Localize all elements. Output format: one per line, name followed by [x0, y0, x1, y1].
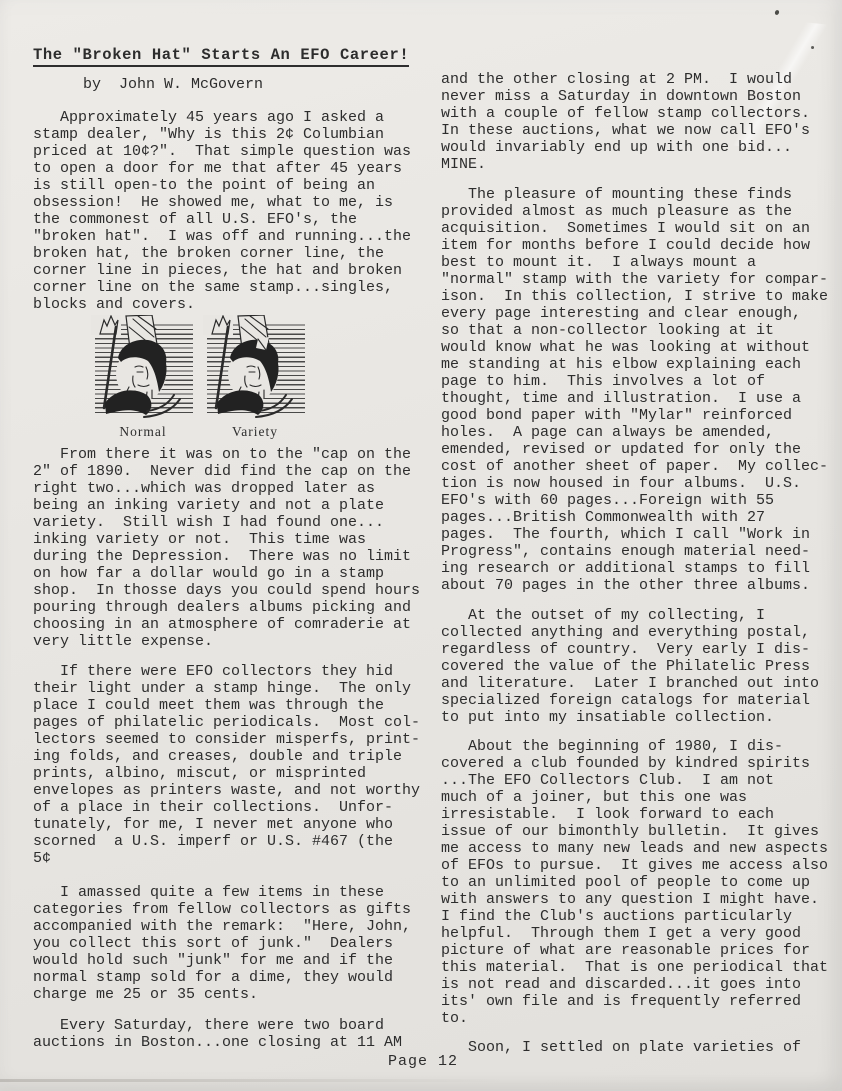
paragraph: If there were EFO collectors they hid th…	[33, 663, 430, 867]
columbus-engraving-normal-icon	[91, 315, 195, 421]
columbus-engraving-variety-icon	[203, 315, 307, 421]
page-number: Page 12	[388, 1053, 458, 1070]
paragraph: Approximately 45 years ago I asked a sta…	[33, 109, 430, 313]
stamp-figure: Normal Variety	[91, 315, 430, 440]
right-column: and the other closing at 2 PM. I would n…	[441, 46, 839, 1056]
byline: by John W. McGovern	[33, 76, 430, 93]
paper-crease	[0, 1079, 505, 1082]
scan-speck	[774, 9, 780, 15]
article-title: The "Broken Hat" Starts An EFO Career!	[33, 46, 409, 67]
left-column: The "Broken Hat" Starts An EFO Career! b…	[33, 46, 430, 1056]
paragraph: About the beginning of 1980, I dis- cove…	[441, 738, 839, 1027]
stamp-variety: Variety	[203, 315, 307, 440]
paragraph: From there it was on to the "cap on the …	[33, 446, 430, 650]
paragraph: and the other closing at 2 PM. I would n…	[441, 71, 839, 173]
scanned-newsletter-page: The "Broken Hat" Starts An EFO Career! b…	[0, 0, 842, 1091]
stamp-caption-variety: Variety	[203, 424, 307, 440]
stamp-normal-image	[91, 315, 195, 421]
stamp-normal: Normal	[91, 315, 195, 440]
paragraph: Soon, I settled on plate varieties of	[441, 1039, 839, 1056]
paragraph: The pleasure of mounting these finds pro…	[441, 186, 839, 594]
stamp-variety-image	[203, 315, 307, 421]
paragraph: At the outset of my collecting, I collec…	[441, 607, 839, 726]
article: The "Broken Hat" Starts An EFO Career! b…	[33, 46, 839, 1056]
stamp-caption-normal: Normal	[91, 424, 195, 440]
paragraph: Every Saturday, there were two board auc…	[33, 1017, 430, 1051]
paragraph: I amassed quite a few items in these cat…	[33, 884, 430, 1003]
